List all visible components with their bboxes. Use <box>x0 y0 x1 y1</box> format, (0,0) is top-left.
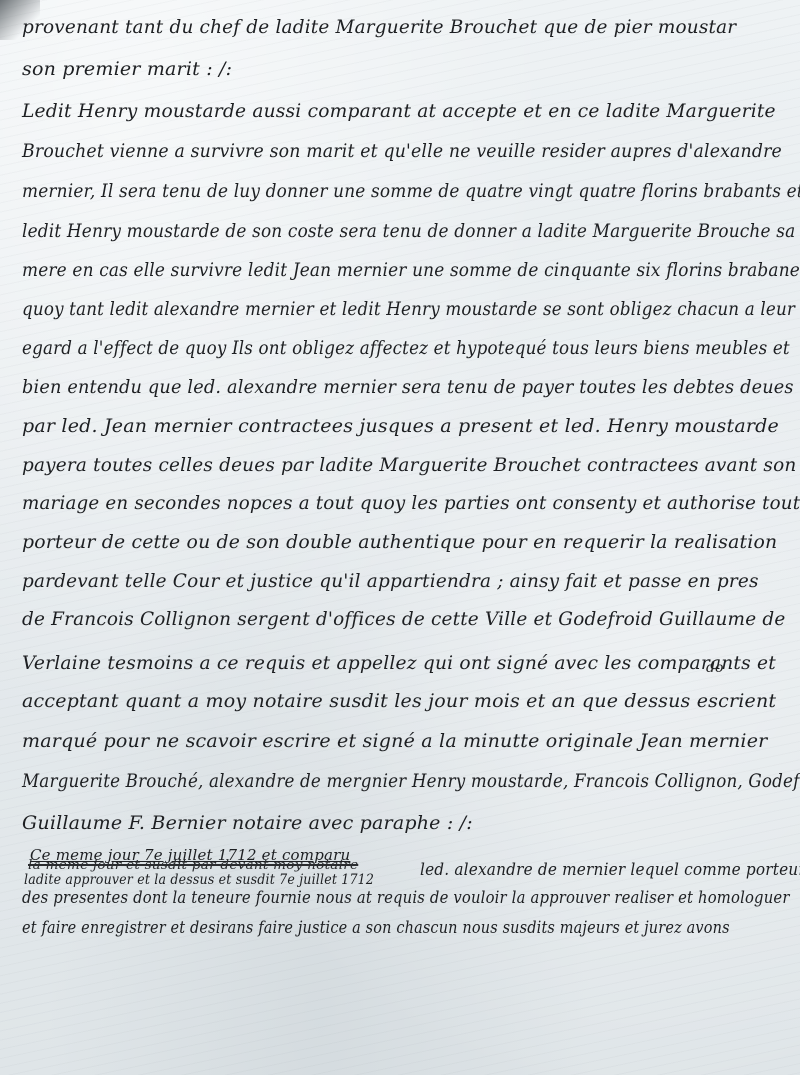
manuscript-line-14: porteur de cette ou de son double authen… <box>22 531 777 553</box>
manuscript-line-21: Guillaume F. Bernier notaire avec paraph… <box>22 812 473 834</box>
manuscript-line-19: marqué pour ne scavoir escrire et signé … <box>22 730 767 752</box>
manuscript-line-15: pardevant telle Cour et justice qu'il ap… <box>22 570 759 592</box>
manuscript-line-3: Ledit Henry moustarde aussi comparant at… <box>22 100 776 122</box>
manuscript-line-12: payera toutes celles deues par ladite Ma… <box>22 454 796 476</box>
struck-annotation-line: la meme jour et susdit par devant moy no… <box>28 858 358 873</box>
manuscript-line-2: son premier marit : /: <box>22 58 232 80</box>
annotation-line-2: et faire enregistrer et desirans faire j… <box>22 918 730 938</box>
manuscript-line-9: egard a l'effect de quoy Ils ont obligez… <box>22 337 790 359</box>
manuscript-line-13: mariage en secondes nopces a tout quoy l… <box>22 492 800 514</box>
manuscript-line-1: provenant tant du chef de ladite Marguer… <box>22 16 736 38</box>
manuscript-line-16: de Francois Collignon sergent d'offices … <box>22 608 785 630</box>
manuscript-line-10: bien entendu que led. alexandre mernier … <box>22 376 794 398</box>
manuscript-line-18: acceptant quant a moy notaire susdit les… <box>22 690 776 712</box>
manuscript-line-7: mere en cas elle survivre ledit Jean mer… <box>22 259 800 281</box>
manuscript-line-11: par led. Jean mernier contractees jusque… <box>22 415 779 437</box>
manuscript-page: provenant tant du chef de ladite Marguer… <box>0 0 800 1075</box>
manuscript-line-20: Marguerite Brouché, alexandre de mergnie… <box>22 770 800 792</box>
annotation-second-line: ladite approuver et la dessus et susdit … <box>24 872 374 888</box>
annotation-line-1: des presentes dont la teneure fournie no… <box>22 888 790 908</box>
annotation-second-line-suffix: led. alexandre de mernier lequel comme p… <box>420 860 800 880</box>
marginal-mark: do <box>706 660 723 676</box>
manuscript-line-8: quoy tant ledit alexandre mernier et led… <box>22 298 795 320</box>
manuscript-line-4: Brouchet vienne a survivre son marit et … <box>22 140 782 162</box>
manuscript-line-5: mernier, Il sera tenu de luy donner une … <box>22 180 800 202</box>
manuscript-line-6: ledit Henry moustarde de son coste sera … <box>22 220 795 242</box>
manuscript-line-17: Verlaine tesmoins a ce requis et appelle… <box>22 652 776 674</box>
